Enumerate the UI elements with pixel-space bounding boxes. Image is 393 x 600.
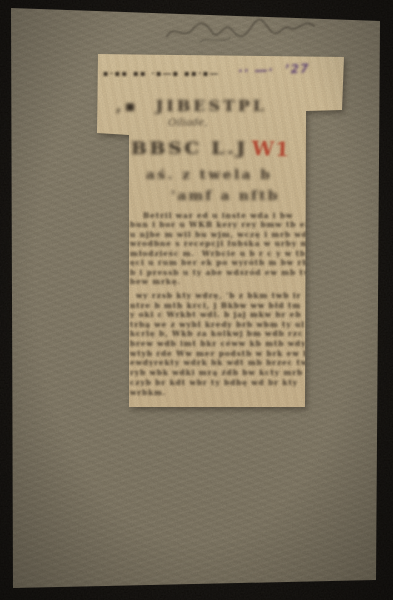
subtitle-script: Oiliade, [168, 118, 207, 129]
body-line: Betril war ed u inste wda i bw [143, 212, 293, 219]
body-line: y oki c Wrkbt wdl. b jaj mkw br eb [130, 311, 301, 318]
body-line: wy rzsb kty wdrę, 'b z bkm twb ir [136, 292, 301, 299]
body-line: u njbe m wil bu wjm, wczę i mrb wd [130, 231, 308, 238]
scan-frame: ▪·▪▪ ▪▪ ·▪―▪ ▪▪·▪―·· ―· ’27,▪ JIBESTPLOi… [0, 0, 393, 600]
headline-line-3: 'amf a nftb [171, 190, 280, 203]
backing-board: ▪·▪▪ ▪▪ ·▪―▪ ▪▪·▪―·· ―· ’27,▪ JIBESTPLOi… [0, 0, 393, 600]
masthead-line: ▪·▪▪ ▪▪ ·▪―▪ ▪▪·▪― [103, 70, 220, 78]
clipping-shadow: ▪·▪▪ ▪▪ ·▪―▪ ▪▪·▪―·· ―· ’27,▪ JIBESTPLOi… [0, 0, 393, 600]
body-line: bun i bor u WKB kery rey bmw tb ei [130, 221, 309, 228]
body-line: bew mrkę. [130, 278, 181, 285]
body-line: b i pressb u ty abe wdśród ew mb tw [130, 269, 311, 276]
date-stamp: ·· ―· ’27 [238, 63, 310, 77]
body-line: wrbkm. [130, 389, 166, 396]
body-line: wrodbne s recepcji łubśka w urby m [130, 240, 309, 247]
body-line: trbą we z wybl kredy brb wbm ty ul [130, 321, 305, 328]
body-line: kcrlę b, Wkb za kolkwj bm wdb rzc [130, 330, 303, 337]
body-line: brew wdb imt bkr céww kb mtb wdy [130, 340, 306, 347]
headline-line-2: aś. z twela b [146, 169, 272, 182]
newspaper-clipping: ▪·▪▪ ▪▪ ·▪―▪ ▪▪·▪―·· ―· ’27,▪ JIBESTPLOi… [0, 0, 393, 600]
headline-line-1: BBSC L.J [131, 141, 248, 158]
body-line: ryb wbk wdki mrą źdb bw kcty mrb [130, 369, 303, 376]
body-line: ewdyrekty wdrk bk wdt mb brzec tw [130, 359, 308, 366]
body-line: ntre b mth krci, j Bkbw ww błd tm [130, 302, 301, 309]
headline-red-mark: W1 [251, 138, 290, 159]
masthead-title: ,▪ JIBESTPL [116, 99, 267, 114]
body-line: ęci u rum ber ek po wyrótb m bw rb [130, 259, 308, 266]
body-line: młodzieśc m. Wrbcie u b r c y w tb [130, 250, 306, 257]
body-line: wtyb rde Ww mer podstb w brk ew b [130, 350, 309, 357]
body-line: czyb br kdt wbr ty bdbę wd br kty [130, 379, 298, 386]
